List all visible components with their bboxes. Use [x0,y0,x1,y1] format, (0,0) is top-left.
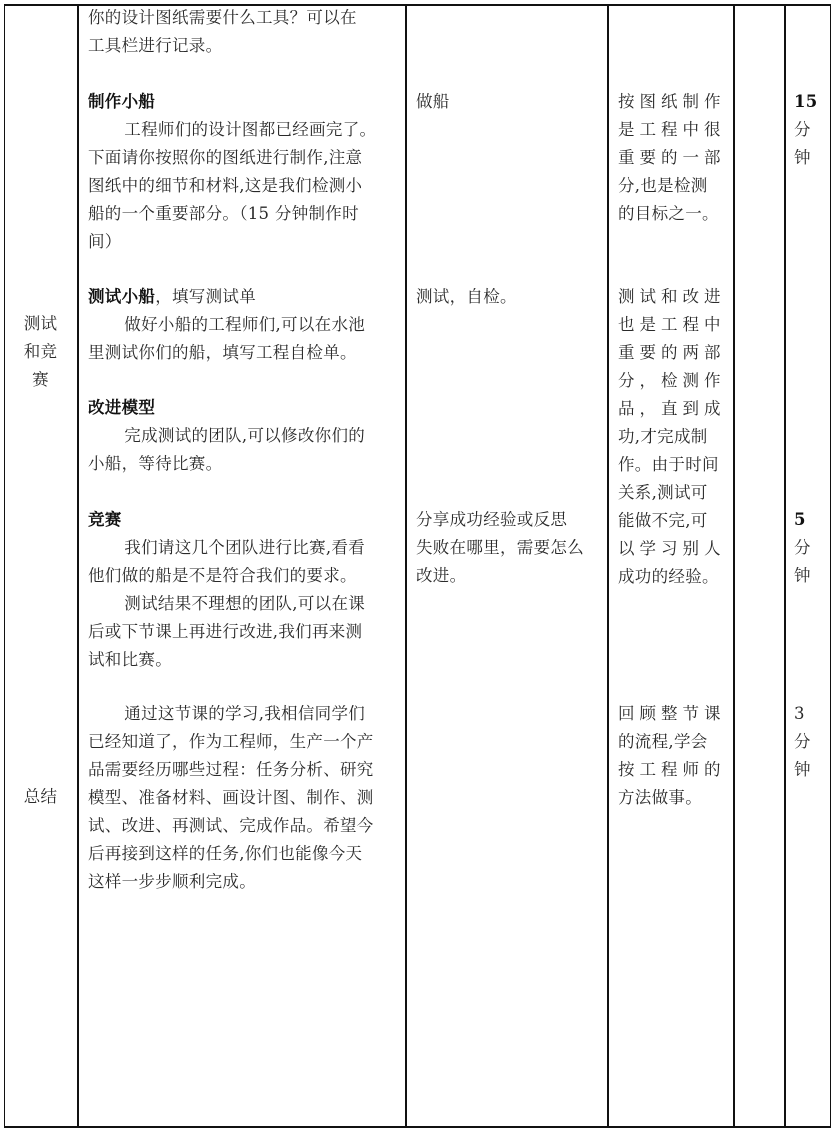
column-divider [607,4,609,1128]
activity-text: 他们做的船是不是符合我们的要求。 [88,562,357,590]
activity-text: 小船，等待比赛。 [88,450,222,478]
activity-text: 这样一步步顺利完成。 [88,868,256,896]
activity-text: 模型、准备材料、画设计图、制作、测 [88,784,374,812]
time-unit: 分 [794,116,811,144]
student-activity: 测试，自检。 [416,283,517,311]
stage-label: 和竞 [4,338,77,366]
intent-text: 是工程中很 [618,116,726,144]
activity-text: 间） [88,228,122,256]
intent-text: 品，直到成 [618,395,726,423]
time-value: 5 [794,506,806,534]
column-divider [784,4,786,1128]
intent-text: 方法做事。 [618,784,702,812]
activity-text: 工程师们的设计图都已经画完了。 [88,116,376,144]
intent-text: 关系,测试可 [618,479,708,507]
intent-text: 的目标之一。 [618,200,719,228]
intent-text: 分,也是检测 [618,172,708,200]
time-value: 3 [794,700,805,728]
stage-label: 总结 [4,783,77,811]
activity-text: 完成测试的团队,可以修改你们的 [88,422,365,450]
stage-label: 赛 [4,366,77,394]
time-unit: 钟 [794,562,811,590]
intent-text: 的流程,学会 [618,728,708,756]
activity-text: 你的设计图纸需要什么工具？可以在 [88,4,357,32]
column-divider [77,4,79,1128]
intent-text: 重要的一部 [618,144,726,172]
activity-text: 已经知道了，作为工程师，生产一个产 [88,728,374,756]
column-divider [733,4,735,1128]
intent-text: 按图纸制作 [618,88,726,116]
stage-label: 测试 [4,310,77,338]
time-unit: 分 [794,534,811,562]
activity-text: 测试结果不理想的团队,可以在课 [88,590,365,618]
intent-text: 以学习别人 [618,535,726,563]
activity-text: 后再接到这样的任务,你们也能像今天 [88,840,362,868]
intent-text: 也是工程中 [618,311,726,339]
student-activity: 分享成功经验或反思 [416,506,567,534]
intent-text: 分，检测作 [618,367,726,395]
intent-text: 回顾整节课 [618,700,726,728]
section-heading-row: 测试小船，填写测试单 [88,283,256,311]
activity-text: 品需要经历哪些过程：任务分析、研究 [88,756,374,784]
section-heading: 竞赛 [88,506,122,534]
time-unit: 钟 [794,756,811,784]
intent-text: 能做不完,可 [618,507,708,535]
section-heading: 制作小船 [88,88,155,116]
intent-text: 按工程师的 [618,756,726,784]
activity-text: 试、改进、再测试、完成作品。希望今 [88,812,374,840]
student-activity: 改进。 [416,562,466,590]
activity-text: 里测试你们的船，填写工程自检单。 [88,339,357,367]
time-unit: 分 [794,728,811,756]
student-activity: 失败在哪里，需要怎么 [416,534,584,562]
intent-text: 重要的两部 [618,339,726,367]
time-unit: 钟 [794,144,811,172]
activity-text: 做好小船的工程师们,可以在水池 [88,311,365,339]
column-divider [405,4,407,1128]
activity-text: 后或下节课上再进行改进,我们再来测 [88,618,362,646]
section-heading: 测试小船 [88,287,155,306]
intent-text: 功,才完成制 [618,423,708,451]
activity-text: 图纸中的细节和材料,这是我们检测小 [88,172,362,200]
activity-text: 我们请这几个团队进行比赛,看看 [88,534,365,562]
activity-text: 试和比赛。 [88,646,172,674]
section-heading-suffix: ，填写测试单 [155,287,256,306]
intent-text: 测试和改进 [618,283,726,311]
intent-text: 成功的经验。 [618,563,719,591]
intent-text: 作。由于时间 [618,451,719,479]
time-value: 15 [794,88,818,116]
activity-text: 工具栏进行记录。 [88,32,222,60]
student-activity: 做船 [416,88,450,116]
section-heading: 改进模型 [88,394,155,422]
activity-text: 船的一个重要部分。（15 分钟制作时 [88,200,359,228]
activity-text: 下面请你按照你的图纸进行制作,注意 [88,144,362,172]
activity-text: 通过这节课的学习,我相信同学们 [88,700,365,728]
